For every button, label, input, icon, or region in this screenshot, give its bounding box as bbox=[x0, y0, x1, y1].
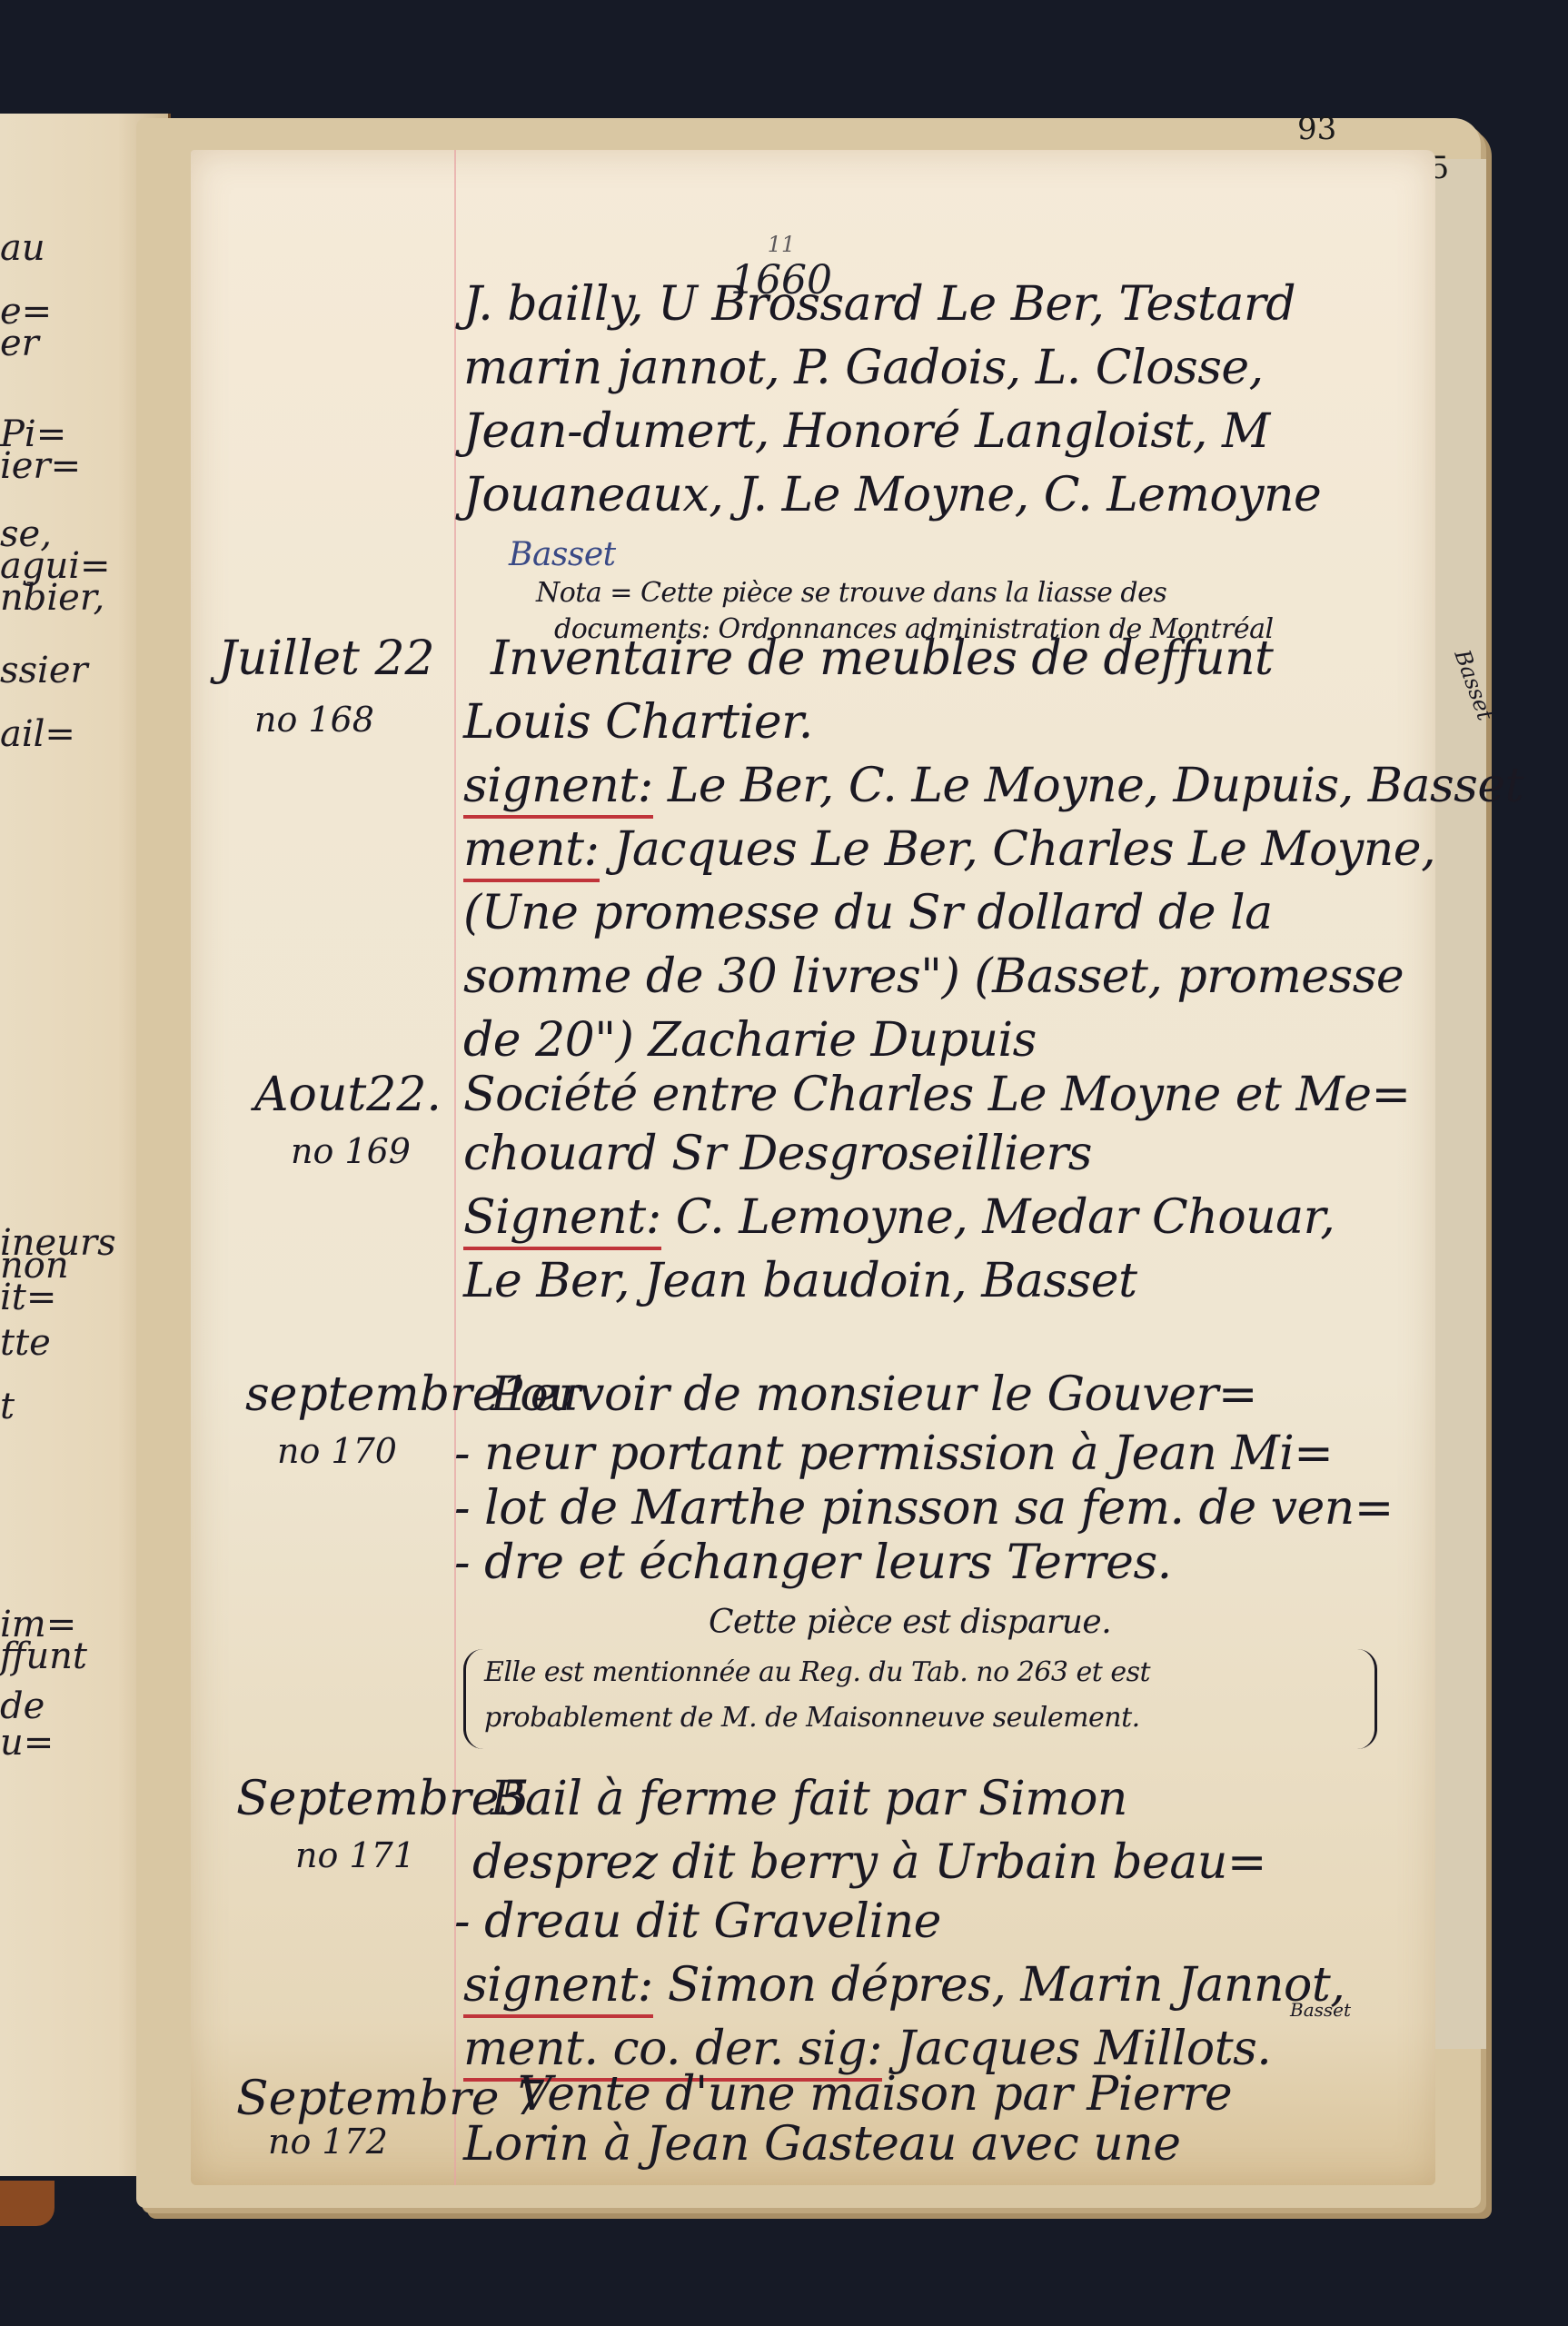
entry-month: Septembre bbox=[236, 2072, 500, 2126]
entry-date: Septembre5 bbox=[236, 1772, 530, 1826]
signent-label: signent: bbox=[463, 759, 653, 819]
left-fragment: ffunt bbox=[0, 1635, 87, 1677]
left-fragment: ier= bbox=[0, 445, 81, 487]
bracket-note-line: Elle est mentionnée au Reg. du Tab. no 2… bbox=[484, 1656, 1150, 1688]
left-fragment: u= bbox=[0, 1722, 54, 1764]
entry-line: Bail à ferme fait par Simon bbox=[491, 1772, 1127, 1826]
entry-date: Juillet 22 bbox=[218, 631, 435, 686]
page-number-upper: 93 bbox=[1297, 111, 1336, 147]
entry-line: - dre et échanger leurs Terres. bbox=[454, 1536, 1172, 1590]
entry-line: Société entre Charles Le Moyne et Me= bbox=[463, 1068, 1411, 1122]
nota-line: Nota = Cette pièce se trouve dans la lia… bbox=[536, 577, 1166, 609]
entry-line: - lot de Marthe pinsson sa fem. de ven= bbox=[454, 1481, 1394, 1536]
bracket-note-line: probablement de M. de Maisonneuve seulem… bbox=[484, 1702, 1140, 1734]
entry-line: Inventaire de meubles de deffunt bbox=[491, 631, 1273, 686]
entry-date: Aout22. bbox=[254, 1068, 442, 1122]
entry-month: Septembre bbox=[236, 1772, 500, 1826]
missing-note: Cette pièce est disparue. bbox=[709, 1604, 1111, 1641]
entry-day: 22. bbox=[366, 1068, 442, 1122]
ment-line: ment: Jacques Le Ber, Charles Le Moyne, bbox=[463, 822, 1435, 882]
entry-line: Vente d'une maison par Pierre bbox=[518, 2067, 1232, 2122]
left-fragment: ail= bbox=[0, 713, 75, 755]
entry-month: septembre bbox=[245, 1367, 501, 1422]
entry-number: no 168 bbox=[254, 700, 374, 740]
entry-line: (Une promesse du Sr dollard de la bbox=[463, 886, 1273, 940]
register-page: 11 1660 J. bailly, U Brossard Le Ber, Te… bbox=[191, 150, 1435, 2185]
entry-day: 22 bbox=[374, 631, 434, 686]
continuation-line: J. bailly, U Brossard Le Ber, Testard bbox=[463, 277, 1295, 332]
signent-label: signent: bbox=[463, 1958, 653, 2018]
continuation-line: Jean-dumert, Honoré Langloist, M bbox=[463, 404, 1270, 459]
left-fragment: ssier bbox=[0, 650, 88, 691]
entry-number: no 171 bbox=[295, 1835, 415, 1875]
book-cover-edge bbox=[0, 2181, 55, 2226]
signent-text: C. Lemoyne, Medar Chouar, bbox=[676, 1190, 1335, 1245]
left-fragment: t bbox=[0, 1386, 15, 1427]
entry-line: - neur portant permission à Jean Mi= bbox=[454, 1426, 1333, 1481]
year-heading-above: 11 bbox=[463, 232, 1099, 257]
continuation-line: marin jannot, P. Gadois, L. Closse, bbox=[463, 341, 1264, 395]
entry-line: somme de 30 livres") (Basset, promesse bbox=[463, 949, 1404, 1004]
entry-number: no 172 bbox=[268, 2122, 388, 2162]
signent-text: Le Ber, C. Le Moyne, Dupuis, Basset bbox=[668, 759, 1523, 813]
continuation-line: Jouaneaux, J. Le Moyne, C. Lemoyne bbox=[463, 468, 1321, 522]
left-fragment: tte bbox=[0, 1322, 51, 1364]
entry-line: Lorin à Jean Gasteau avec une bbox=[463, 2117, 1181, 2172]
entry-month: Juillet bbox=[218, 631, 360, 686]
entry-line: Louis Chartier. bbox=[463, 695, 813, 750]
left-fragment: au bbox=[0, 227, 45, 269]
entry-line: desprez dit berry à Urbain beau= bbox=[472, 1835, 1266, 1890]
left-fragment: er bbox=[0, 323, 39, 364]
signent-line: signent: Simon dépres, Marin Jannot, bbox=[463, 1958, 1345, 2018]
entry-line: - dreau dit Graveline bbox=[454, 1894, 941, 1949]
entry-month: Aout bbox=[254, 1068, 366, 1122]
entry-number: no 169 bbox=[291, 1131, 411, 1171]
left-fragment: nbier, bbox=[0, 577, 104, 619]
ment-label: ment: bbox=[463, 822, 600, 882]
signent-line: Signent: C. Lemoyne, Medar Chouar, bbox=[463, 1190, 1335, 1250]
marginal-signature: Basset bbox=[1290, 1999, 1351, 2021]
ment-text: Jacques Le Ber, Charles Le Moyne, bbox=[614, 822, 1436, 877]
bracket-note: Elle est mentionnée au Reg. du Tab. no 2… bbox=[463, 1649, 1377, 1749]
entry-line: chouard Sr Desgroseilliers bbox=[463, 1127, 1092, 1181]
signent-line: signent: Le Ber, C. Le Moyne, Dupuis, Ba… bbox=[463, 759, 1523, 819]
entry-number: no 170 bbox=[277, 1431, 397, 1471]
basset-signature: Basset bbox=[509, 536, 616, 573]
signent-text: Simon dépres, Marin Jannot, bbox=[668, 1958, 1345, 2013]
signent-label: Signent: bbox=[463, 1190, 661, 1250]
margin-rule bbox=[454, 150, 456, 2185]
entry-line: Le Ber, Jean baudoin, Basset bbox=[463, 1254, 1136, 1308]
entry-line: Pouvoir de monsieur le Gouver= bbox=[491, 1367, 1257, 1422]
left-fragment: it= bbox=[0, 1277, 56, 1318]
entry-line: de 20") Zacharie Dupuis bbox=[463, 1013, 1037, 1068]
